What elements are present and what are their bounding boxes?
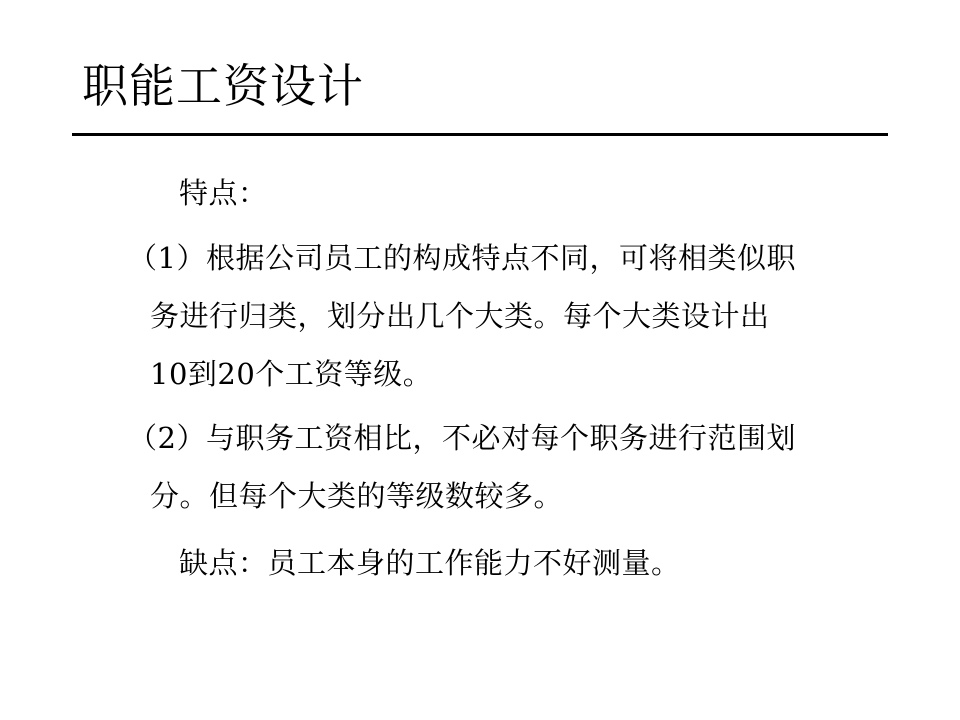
drawbacks-text: 缺点：员工本身的工作能力不好测量。 (179, 545, 681, 581)
feature-item-1-line-1: （1）根据公司员工的构成特点不同，可将相类似职 (128, 240, 796, 276)
feature-item-2-line-2: 分。但每个大类的等级数较多。 (150, 478, 563, 514)
slide-title: 职能工资设计 (82, 58, 364, 114)
feature-item-1-line-2: 务进行归类，划分出几个大类。每个大类设计出 (150, 298, 770, 334)
title-divider (72, 133, 888, 136)
feature-item-2-line-1: （2）与职务工资相比，不必对每个职务进行范围划 (128, 420, 796, 456)
feature-item-1-line-3: 10到20个工资等级。 (150, 356, 432, 392)
features-heading: 特点： (179, 175, 268, 211)
